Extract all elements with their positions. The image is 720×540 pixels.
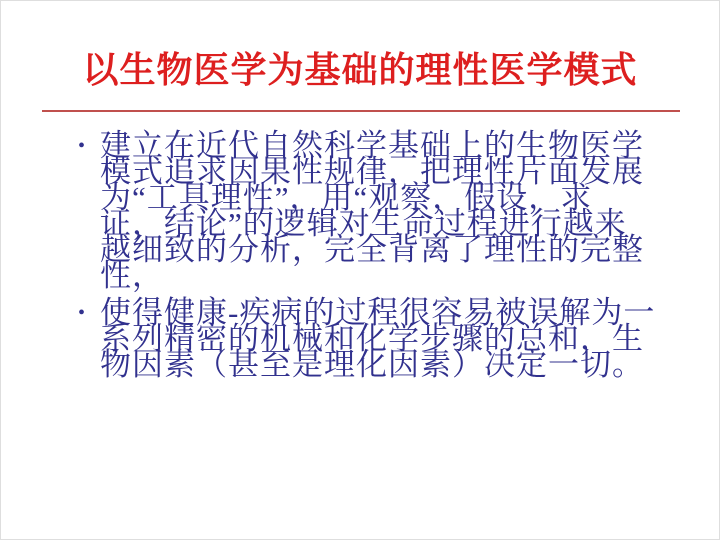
slide-title: 以生物医学为基础的理性医学模式 xyxy=(0,42,720,93)
bullet-text-paragraph-2: 使得健康-疾病的过程很容易被误解为一 系列精密的机械和化学步骤的总和，生 物因素… xyxy=(100,300,668,378)
slide-canvas: 以生物医学为基础的理性医学模式 • 建立在近代自然科学基础上的生物医学 模式追求… xyxy=(0,0,720,540)
bullet-item-health-disease: • 使得健康-疾病的过程很容易被误解为一 系列精密的机械和化学步骤的总和，生 物… xyxy=(78,300,668,378)
bullet-item-biomedical-model: • 建立在近代自然科学基础上的生物医学 模式追求因果性规律，把理性片面发展 为“… xyxy=(78,133,668,289)
bullet-list: • 建立在近代自然科学基础上的生物医学 模式追求因果性规律，把理性片面发展 为“… xyxy=(78,133,668,378)
title-underline-rule xyxy=(42,110,680,112)
bullet-dot-icon: • xyxy=(78,300,100,327)
bullet-text-paragraph-1: 建立在近代自然科学基础上的生物医学 模式追求因果性规律，把理性片面发展 为“工具… xyxy=(100,133,668,289)
bullet-dot-icon: • xyxy=(78,133,100,160)
